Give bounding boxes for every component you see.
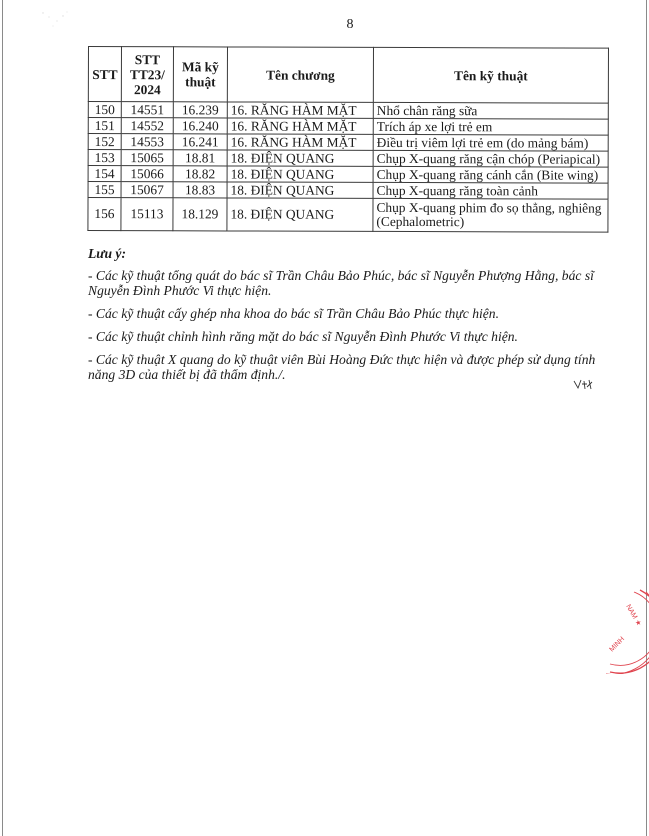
- cell-stt: 154: [88, 166, 121, 182]
- cell-chapter: 18. ĐIỆN QUANG: [227, 150, 373, 166]
- cell-technique-code: 18.83: [173, 182, 227, 198]
- page-edge-right: [646, 0, 647, 836]
- notes-section: Lưu ý: - Các kỹ thuật tổng quát do bác s…: [88, 246, 608, 390]
- cell-technique-code: 18.81: [173, 150, 227, 166]
- cell-technique-name: Chụp X-quang răng cận chóp (Periapical): [373, 150, 608, 167]
- cell-technique-code: 16.241: [173, 134, 227, 150]
- cell-technique-code: 16.240: [173, 118, 227, 134]
- table-row: 1561511318.12918. ĐIỆN QUANGChụp X-quang…: [88, 198, 608, 233]
- table-header-row: STT STT TT23/ 2024 Mã kỹ thuật Tên chươn…: [88, 47, 608, 104]
- cell-stt: 156: [88, 198, 121, 231]
- note-item: - Các kỹ thuật cấy ghép nha khoa do bác …: [88, 306, 608, 321]
- cell-chapter: 18. ĐIỆN QUANG: [227, 166, 373, 182]
- cell-technique-code: 18.129: [173, 198, 227, 231]
- cell-stt-tt23: 14552: [121, 118, 173, 134]
- official-stamp: NAM ★ MINH: [604, 588, 649, 674]
- page-edge-left: [2, 0, 3, 836]
- cell-technique-name: Chụp X-quang phim đo sọ thẳng, nghiêng (…: [373, 198, 608, 232]
- cell-stt-tt23: 14551: [121, 102, 173, 118]
- handwritten-initials: [572, 377, 594, 391]
- cell-stt: 152: [88, 134, 121, 150]
- table-row: 1501455116.23916. RĂNG HÀM MẶTNhổ chân r…: [88, 102, 608, 120]
- technique-table: STT STT TT23/ 2024 Mã kỹ thuật Tên chươn…: [87, 46, 609, 233]
- table-row: 1511455216.24016. RĂNG HÀM MẶTTrích áp x…: [88, 118, 608, 136]
- cell-stt-tt23: 15065: [121, 150, 173, 166]
- header-stt: STT: [88, 47, 121, 102]
- stamp-text-upper: NAM ★: [624, 603, 643, 628]
- cell-technique-name: Nhổ chân răng sữa: [373, 102, 608, 119]
- cell-chapter: 16. RĂNG HÀM MẶT: [227, 102, 373, 118]
- cell-stt-tt23: 14553: [121, 134, 173, 150]
- cell-stt: 150: [88, 102, 121, 118]
- cell-stt: 155: [88, 182, 121, 198]
- cell-technique-name: Chụp X-quang răng cánh cắn (Bite wing): [373, 166, 608, 183]
- cell-chapter: 18. ĐIỆN QUANG: [227, 182, 373, 198]
- cell-stt-tt23: 15113: [121, 198, 173, 231]
- note-item: - Các kỹ thuật tổng quát do bác sĩ Trần …: [88, 268, 608, 298]
- header-technique-name: Tên kỹ thuật: [373, 47, 608, 103]
- page-number: 8: [0, 17, 649, 33]
- table-row: 1551506718.8318. ĐIỆN QUANGChụp X-quang …: [88, 182, 608, 200]
- table-body: 1501455116.23916. RĂNG HÀM MẶTNhổ chân r…: [88, 102, 608, 233]
- notes-title: Lưu ý:: [88, 246, 608, 261]
- cell-stt-tt23: 15066: [121, 166, 173, 182]
- cell-stt-tt23: 15067: [121, 182, 173, 198]
- note-item: - Các kỹ thuật X quang do kỹ thuật viên …: [88, 352, 608, 382]
- header-chapter: Tên chương: [227, 47, 373, 102]
- table-row: 1541506618.8218. ĐIỆN QUANGChụp X-quang …: [88, 166, 608, 184]
- cell-stt: 153: [88, 150, 121, 166]
- cell-chapter: 18. ĐIỆN QUANG: [227, 198, 373, 231]
- header-stt-tt23-line1: STT: [135, 52, 160, 67]
- table-row: 1531506518.8118. ĐIỆN QUANGChụp X-quang …: [88, 150, 608, 168]
- cell-technique-name: Trích áp xe lợi trẻ em: [373, 118, 608, 135]
- cell-chapter: 16. RĂNG HÀM MẶT: [227, 118, 373, 134]
- cell-technique-name: Chụp X-quang răng toàn cảnh: [373, 182, 608, 199]
- header-stt-tt23-line2: TT23/: [130, 67, 165, 82]
- header-code-line2: thuật: [185, 74, 216, 89]
- cell-technique-name: Điều trị viêm lợi trẻ em (do mảng bám): [373, 134, 608, 151]
- table-row: 1521455316.24116. RĂNG HÀM MẶTĐiều trị v…: [88, 134, 608, 152]
- stamp-text-lower: MINH: [608, 636, 626, 654]
- header-code-line1: Mã kỹ: [182, 59, 219, 74]
- cell-technique-code: 18.82: [173, 166, 227, 182]
- header-stt-tt23: STT TT23/ 2024: [121, 47, 173, 102]
- header-stt-tt23-line3: 2024: [134, 82, 161, 97]
- cell-stt: 151: [88, 118, 121, 134]
- cell-technique-code: 16.239: [173, 102, 227, 118]
- header-technique-code: Mã kỹ thuật: [173, 47, 227, 102]
- note-item: - Các kỹ thuật chỉnh hình răng mặt do bá…: [88, 329, 608, 344]
- cell-chapter: 16. RĂNG HÀM MẶT: [227, 134, 373, 150]
